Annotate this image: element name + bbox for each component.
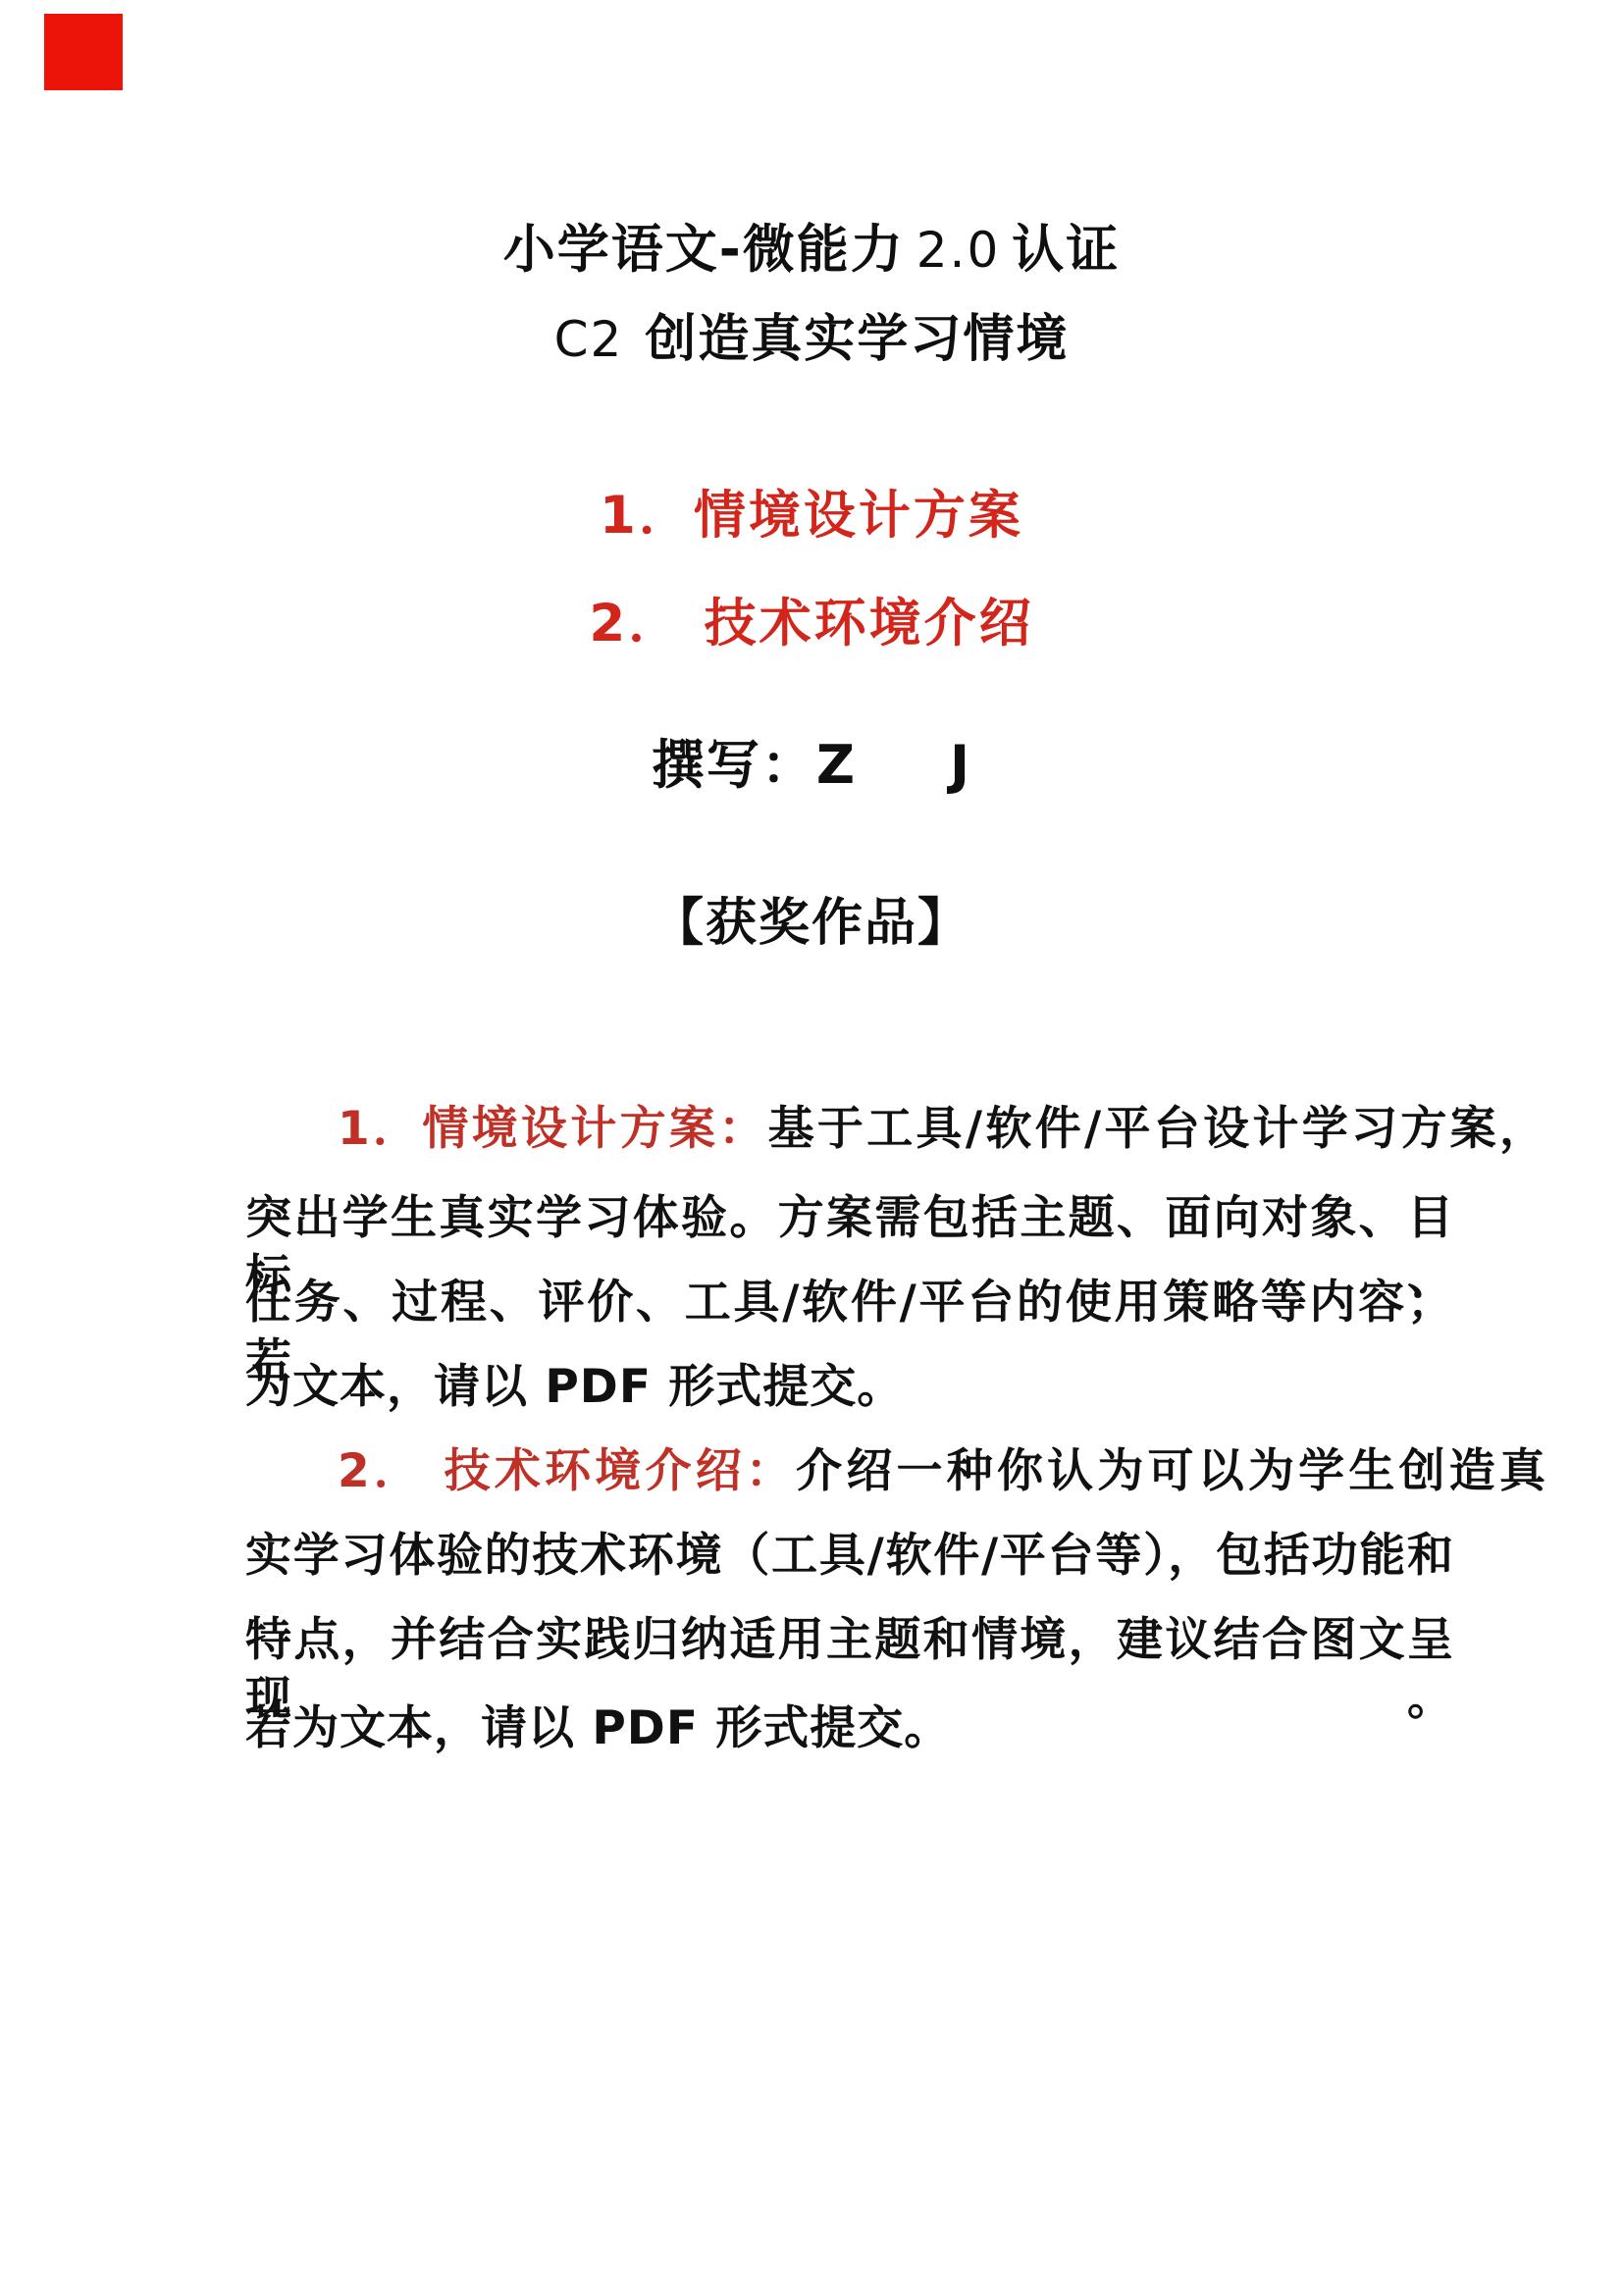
- red-corner-marker: [44, 14, 123, 90]
- toc-item-2: 2． 技术环境介绍: [0, 582, 1623, 656]
- title1-part3: 认证: [1012, 220, 1120, 280]
- body-line-4-text: 为文本，请以 PDF 形式提交。: [245, 1360, 904, 1414]
- body-line-5-red-lead: 2． 技术环境介绍：: [338, 1444, 796, 1498]
- doc-title-line2: C2创造真实学习情境: [0, 297, 1623, 371]
- author-line: 撰写：ZJ: [0, 723, 1623, 799]
- body-line-1-text: 基于工具/软件/平台设计学习方案，: [768, 1102, 1546, 1156]
- document-page: 小学语文-微能力2.0认证 C2创造真实学习情境 1．情境设计方案 2． 技术环…: [0, 0, 1623, 2296]
- title1-part1: 小学语文-微能力: [503, 220, 905, 280]
- doc-title-line1: 小学语文-微能力2.0认证: [0, 208, 1623, 283]
- body-line-1-red-lead: 1．情境设计方案：: [338, 1102, 768, 1156]
- author-prefix: 撰写：Z: [652, 734, 857, 796]
- body-line-6-text: 实学习体验的技术环境（工具/软件/平台等），包括功能和: [245, 1529, 1454, 1583]
- author-suffix: J: [950, 734, 971, 796]
- body-line-1: 1．情境设计方案：基于工具/软件/平台设计学习方案，: [245, 1100, 1546, 1159]
- body-line-6: 实学习体验的技术环境（工具/软件/平台等），包括功能和: [245, 1527, 1454, 1586]
- title2-text: 创造真实学习情境: [645, 310, 1069, 369]
- body-line-5: 2． 技术环境介绍：介绍一种你认为可以为学生创造真: [245, 1442, 1546, 1501]
- body-line-8-text: 若为文本，请以 PDF 形式提交。: [245, 1701, 951, 1755]
- title2-code: C2: [554, 311, 624, 368]
- body-line-5-text: 介绍一种你认为可以为学生创造真: [796, 1444, 1546, 1498]
- body-line-4: 为文本，请以 PDF 形式提交。: [245, 1358, 1454, 1417]
- award-title: 【获奖作品】: [0, 881, 1623, 955]
- title1-version: 2.0: [916, 222, 1001, 279]
- toc-item-1: 1．情境设计方案: [0, 474, 1623, 548]
- body-line-8: 若为文本，请以 PDF 形式提交。: [245, 1699, 1454, 1758]
